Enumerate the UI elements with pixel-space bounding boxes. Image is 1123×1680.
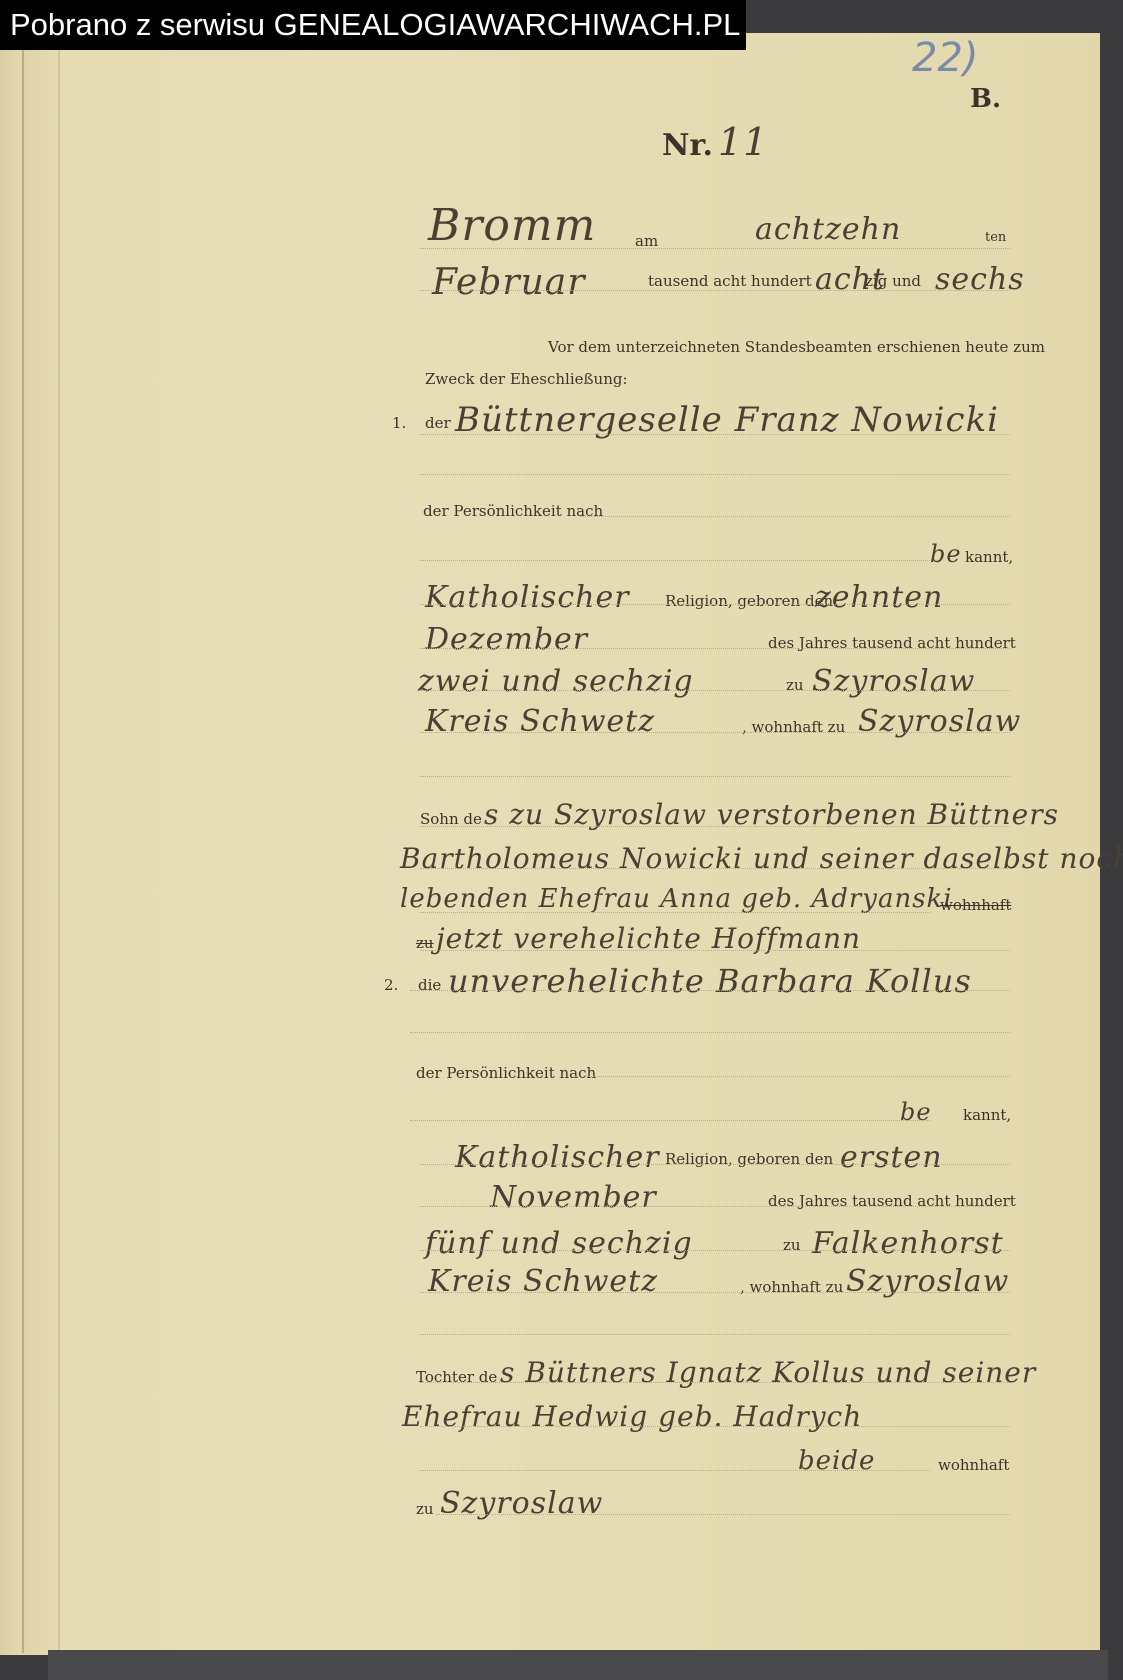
rule xyxy=(420,560,930,561)
groom-parents-wohnhaft-struck: wohnhaft xyxy=(940,896,1011,914)
rule xyxy=(580,516,1010,517)
groom-religion-label: Religion, geboren den xyxy=(665,592,833,610)
rule xyxy=(420,732,1010,733)
groom-residence: Szyroslaw xyxy=(858,704,1021,739)
rule xyxy=(420,1382,1010,1383)
bride-birth-place: Falkenhorst xyxy=(812,1226,1004,1261)
binding-edge xyxy=(22,33,24,1653)
groom-parents-line-2: Bartholomeus Nowicki und seiner daselbst… xyxy=(400,842,1123,875)
bride-identity-label: der Persönlichkeit nach xyxy=(416,1064,596,1082)
bride-number: 2. xyxy=(384,976,398,994)
groom-birth-day: zehnten xyxy=(815,580,943,615)
groom-parents-line-3: lebenden Ehefrau Anna geb. Adryanski xyxy=(400,884,953,914)
bride-birth-year: fünf und sechzig xyxy=(425,1226,693,1261)
rule xyxy=(420,290,1010,291)
rule xyxy=(420,1334,1010,1335)
rule xyxy=(420,1292,1010,1293)
bride-parents-label: Tochter de xyxy=(416,1368,497,1386)
rule xyxy=(436,1514,1010,1515)
label-year-prefix: tausend acht hundert xyxy=(648,272,812,290)
rule xyxy=(420,648,1010,649)
registry-place: Bromm xyxy=(428,200,596,251)
bride-birth-month: November xyxy=(490,1180,657,1215)
rule xyxy=(420,1250,1010,1251)
rule xyxy=(410,1120,930,1121)
rule xyxy=(420,434,1010,435)
rule xyxy=(420,868,1010,869)
marriage-day: achtzehn xyxy=(755,212,901,247)
bride-name: unverehelichte Barbara Kollus xyxy=(448,962,972,1000)
groom-article: der xyxy=(425,414,451,432)
scan-background xyxy=(48,1650,1108,1680)
year-units: sechs xyxy=(935,262,1025,297)
bride-known-hand: be xyxy=(900,1098,932,1126)
groom-identity-label: der Persönlichkeit nach xyxy=(423,502,603,520)
bride-known-print: kannt, xyxy=(963,1106,1011,1124)
bride-wohnhaft: wohnhaft xyxy=(938,1456,1009,1474)
bride-article: die xyxy=(418,976,441,994)
source-watermark: Pobrano z serwisu GENEALOGIAWARCHIWACH.P… xyxy=(0,0,746,50)
rule xyxy=(420,912,930,913)
bride-religion: Katholischer xyxy=(455,1140,660,1175)
groom-number: 1. xyxy=(392,414,406,432)
rule xyxy=(420,776,1010,777)
bride-year-label: des Jahres tausend acht hundert xyxy=(768,1192,1016,1210)
bride-religion-label: Religion, geboren den xyxy=(665,1150,833,1168)
rule xyxy=(420,1426,1010,1427)
pencil-page-number: 22) xyxy=(912,35,979,81)
bride-zu: zu xyxy=(783,1236,801,1254)
groom-residence-label: , wohnhaft zu xyxy=(742,718,845,736)
rule xyxy=(420,950,1010,951)
intro-line-1: Vor dem unterzeichneten Standesbeamten e… xyxy=(548,338,1045,356)
rule xyxy=(410,990,1010,991)
record-number: 11 xyxy=(718,120,768,164)
label-zig-und: zig und xyxy=(865,272,921,290)
rule xyxy=(410,1032,1010,1033)
rule xyxy=(420,248,1010,249)
groom-birth-year: zwei und sechzig xyxy=(418,664,694,699)
bride-residence-label: , wohnhaft zu xyxy=(740,1278,843,1296)
groom-zu: zu xyxy=(786,676,804,694)
groom-year-label: des Jahres tausend acht hundert xyxy=(768,634,1016,652)
form-letter: B. xyxy=(970,84,1001,114)
rule xyxy=(420,690,1010,691)
intro-line-2: Zweck der Eheschließung: xyxy=(425,370,628,388)
marriage-month: Februar xyxy=(432,262,585,303)
bride-district: Kreis Schwetz xyxy=(428,1264,658,1299)
rule xyxy=(420,474,1010,475)
rule xyxy=(420,604,1010,605)
label-ten: ten xyxy=(985,230,1006,245)
rule xyxy=(420,1206,1010,1207)
record-label: Nr. xyxy=(662,128,713,163)
rule xyxy=(420,826,1010,827)
groom-birth-month: Dezember xyxy=(425,622,588,657)
rule xyxy=(575,1076,1010,1077)
bride-parents-line-1: s Büttners Ignatz Kollus und seiner xyxy=(500,1356,1036,1389)
bride-parents-line-2: Ehefrau Hedwig geb. Hadrych xyxy=(402,1400,862,1433)
bride-both-hand: beide xyxy=(798,1446,875,1476)
bride-birth-day: ersten xyxy=(840,1140,943,1175)
bride-residence: Szyroslaw xyxy=(846,1264,1009,1299)
rule xyxy=(420,1470,930,1471)
groom-known-print: kannt, xyxy=(965,548,1013,566)
binding-fold xyxy=(58,33,60,1653)
rule xyxy=(420,1164,1010,1165)
groom-known-hand: be xyxy=(930,540,962,568)
groom-birth-place: Szyroslaw xyxy=(812,664,975,699)
groom-district: Kreis Schwetz xyxy=(425,704,655,739)
bride-parents-residence: Szyroslaw xyxy=(440,1486,603,1521)
bride-parents-zu: zu xyxy=(416,1500,434,1518)
groom-religion: Katholischer xyxy=(425,580,630,615)
